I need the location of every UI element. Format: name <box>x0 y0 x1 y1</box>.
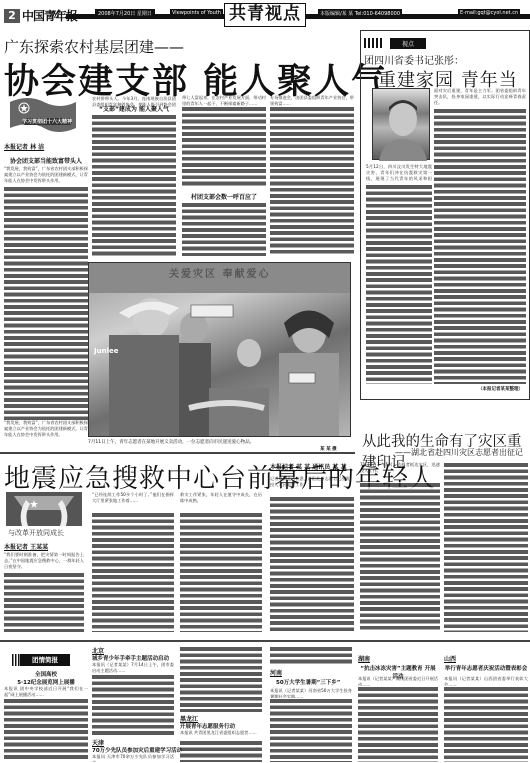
commentary-right-body <box>434 108 526 384</box>
rescue-col-3-body <box>444 462 528 632</box>
rescue-byline: 本报记者 某 某 通讯员 某 某 <box>270 462 354 471</box>
brief-text: 本报讯（记者某某）湖南团省委近日开展活动…… <box>358 676 438 686</box>
brief-body <box>358 686 438 762</box>
brief-body <box>4 698 88 760</box>
lead-byline: 本报记者 林 洁 <box>4 142 44 151</box>
volunteers-photo-illustration <box>89 263 351 437</box>
commentary-kicker: 团四川省委书记张彤： <box>364 52 464 67</box>
quake-col-2-body <box>92 512 174 632</box>
contact-email: E-mail:gqt@cyol.net.cn <box>458 9 520 17</box>
commentary-right-text: 面对灾后重建，青年是主力军。团省委组织青年突击队，投身家园重建，以实际行动诠释青… <box>434 88 526 108</box>
banner-text: 关爱灾区 奉献爱心 <box>169 265 270 280</box>
brief-region: 山西 <box>444 654 456 663</box>
section-divider <box>0 452 355 454</box>
english-tagline: Viewpoints of Youth <box>170 9 223 17</box>
lead-subhead-2: “支部”建成为 能人聚人气 <box>92 104 176 113</box>
rescue-col-2-text: 7月13日下午5时，志愿者抵达灾区，迅速投入工作。 <box>360 462 440 482</box>
brief-title: 5·12纪念展览网上展播 <box>4 678 88 686</box>
brief-title: 开展青年志愿服务行动 <box>180 722 235 730</box>
quake-col-3-text: 救灾工作紧张，年轻人在值守中成长，在历练中成熟。 <box>180 492 262 512</box>
decorative-slashes: //// <box>50 10 59 20</box>
brief-body <box>270 698 352 762</box>
lead-subhead-3: 村团支部会数一呼百应了 <box>182 192 266 201</box>
rescue-col-1-text: 记者从湖北省获悉，首批赴川志愿者已出发，投入灾区重建工作。 <box>270 476 354 496</box>
brief-region: 全国高校 <box>4 670 88 678</box>
brief-body <box>180 646 262 712</box>
commentary-tag: 视点 <box>390 38 426 49</box>
photo-caption: 7月11日上午，青年志愿者在某地开展义卖活动，一位志愿者向市民递送爱心物品。 <box>88 440 351 446</box>
quake-byline: 本报记者 王某某 <box>4 542 48 551</box>
brief-region: 河南 <box>270 668 282 677</box>
flag-label: 学习贯彻团十六大精神 <box>22 118 72 125</box>
brief-text: 本报讯 共青团黑龙江省委组织志愿者…… <box>180 730 262 740</box>
quake-col-3-body <box>180 512 262 632</box>
briefs-divider <box>0 640 530 642</box>
brief-text: 本报讯 天津市70余万少先队员参加学习活动…… <box>92 754 174 762</box>
lead-subhead-1: 协会团支部当能致富带头人 <box>4 156 88 165</box>
flag-icon <box>8 94 78 136</box>
brief-body <box>270 646 352 664</box>
lead-col-3-body-2 <box>182 202 266 256</box>
brief-text: 本报讯（记者某某）河南省50万大学生投身暑期社会实践…… <box>270 688 352 698</box>
editor-info: 本版编辑/某 某 Tel:010-64098000 <box>318 9 402 18</box>
lead-col-1-end: “我发展，我致富”，广东省农村团支部积极探索建立以产业协会为依托的团建新模式，让… <box>4 420 88 450</box>
rescue-col-2-body <box>360 482 440 632</box>
brief-title: 70万少先队员参加灾后重建学习活动 <box>92 746 182 754</box>
lead-col-1-body <box>4 186 88 420</box>
quake-col-1-body <box>4 572 84 632</box>
shirt-text: Junlee <box>94 347 118 355</box>
portrait-photo <box>372 88 430 160</box>
quake-col-1-text: “我们要时刻准备，把灾情第一时间报告上去。”在中国地震应急搜救中心，一群年轻人日… <box>4 552 84 572</box>
lead-col-3-body <box>182 106 266 186</box>
issue-date: 2008年7月20日 星期日 <box>95 9 155 18</box>
brief-body <box>92 674 174 736</box>
commentary-footer: （本报记者某某整理） <box>478 386 523 392</box>
commentary-left-text: 5月12日，四川汶川发生特大地震灾害，青年们冲在抗震救灾第一线，展现了当代青年的… <box>366 164 432 184</box>
brief-region: 湖南 <box>358 654 370 663</box>
commentary-left-body <box>366 184 432 384</box>
column-logo-icon <box>4 490 84 528</box>
lead-col-4-body <box>270 106 354 256</box>
brief-text: 本报讯（记者某某）山西团省委举行表彰大会…… <box>444 676 528 686</box>
lead-col-2-body <box>92 114 176 256</box>
brief-text: 本报讯 团中央学校部近日开展“我们在一起”网上展播活动…… <box>4 686 88 698</box>
brief-body <box>180 740 262 762</box>
quake-col-2-text: “已经连续工作50多个小时了。”他们在指挥大厅里紧张地工作着…… <box>92 492 174 512</box>
decorative-bars-icon <box>364 38 384 48</box>
brief-title: 举行青年志愿者庆祝活动暨表彰会 <box>444 664 528 672</box>
column-logo-label: 与改革开放同成长 <box>8 528 64 538</box>
brief-text: 本报讯（记者某某）7月14日上午，团市委启动主题活动…… <box>92 662 174 674</box>
rescue-col-1-body <box>270 496 354 632</box>
brief-title: 50万大学生暑期“三下乡” <box>276 678 340 686</box>
section-title: 共青视点 <box>224 3 306 27</box>
news-photo: Junlee 关爱灾区 奉献爱心 <box>88 262 351 437</box>
page-number: 2 <box>4 9 20 23</box>
rescue-subheadline: ——湖北省赴四川灾区志愿者出征记 <box>395 447 523 458</box>
briefs-tag: 团情简报 <box>20 654 70 666</box>
brief-title: 城乡青少年手牵手主题活动启动 <box>92 654 169 662</box>
brief-body <box>444 686 528 762</box>
